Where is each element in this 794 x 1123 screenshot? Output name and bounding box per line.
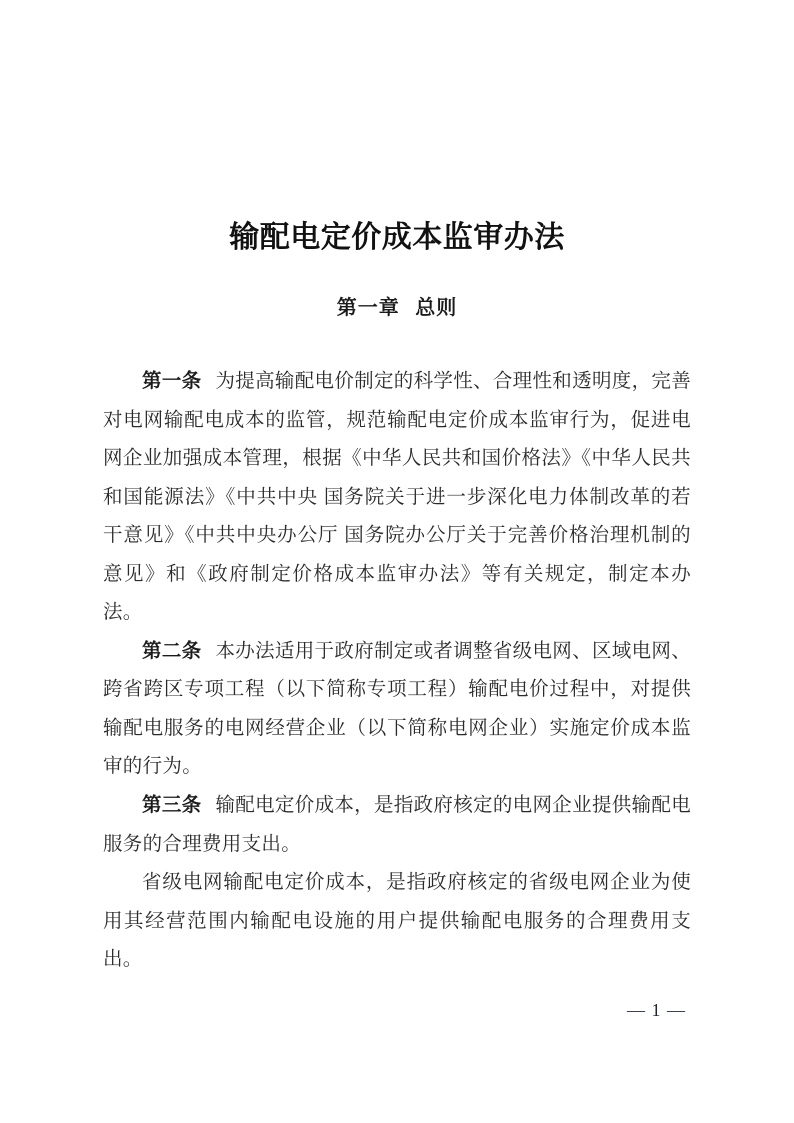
paragraph-text: 省级电网输配电定价成本，是指政府核定的省级电网企业为使用其经营范围内输配电设施的… xyxy=(103,872,691,970)
paragraph-article-3: 第三条输配电定价成本，是指政府核定的电网企业提供输配电服务的合理费用支出。 xyxy=(103,787,691,864)
paragraph-article-2: 第二条本办法适用于政府制定或者调整省级电网、区域电网、跨省跨区专项工程（以下简称… xyxy=(103,633,691,787)
document-body: 第一条为提高输配电价制定的科学性、合理性和透明度，完善对电网输配电成本的监管，规… xyxy=(103,363,691,980)
article-number: 第一条 xyxy=(142,371,201,392)
page-number: — 1 — xyxy=(627,1000,686,1021)
article-number: 第二条 xyxy=(142,641,201,662)
paragraph-definition: 省级电网输配电定价成本，是指政府核定的省级电网企业为使用其经营范围内输配电设施的… xyxy=(103,864,691,980)
document-title: 输配电定价成本监审办法 xyxy=(0,212,794,256)
paragraph-article-1: 第一条为提高输配电价制定的科学性、合理性和透明度，完善对电网输配电成本的监管，规… xyxy=(103,363,691,633)
article-number: 第三条 xyxy=(142,795,201,816)
paragraph-text: 为提高输配电价制定的科学性、合理性和透明度，完善对电网输配电成本的监管，规范输配… xyxy=(103,371,691,623)
document-page: 输配电定价成本监审办法 第一章 总则 第一条为提高输配电价制定的科学性、合理性和… xyxy=(0,0,794,1123)
chapter-heading: 第一章 总则 xyxy=(0,291,794,320)
